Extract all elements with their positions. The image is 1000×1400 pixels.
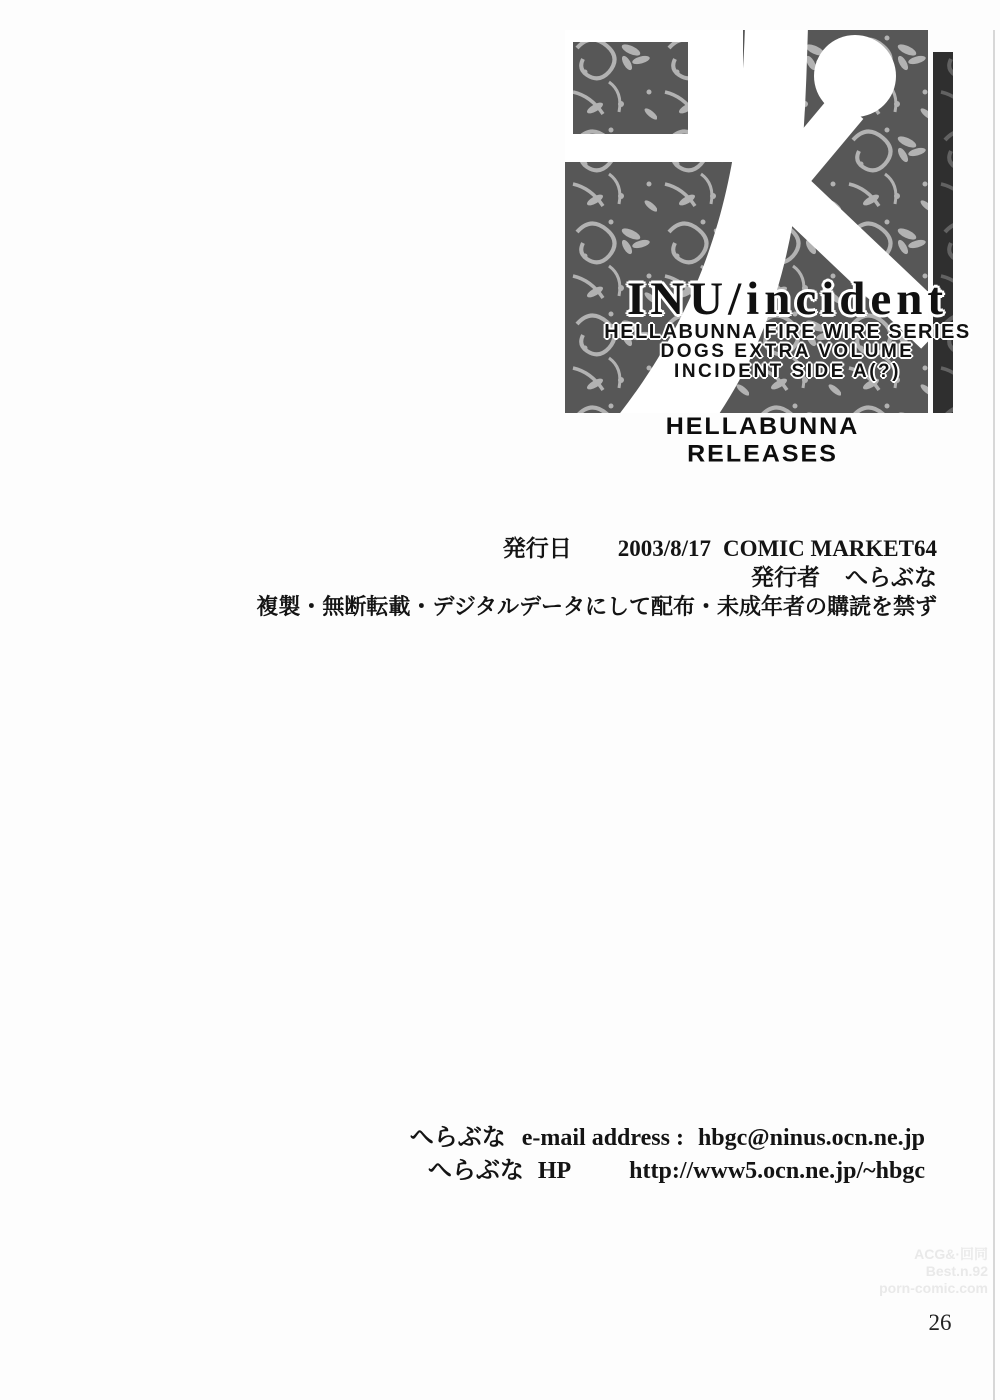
circle-name: へらぶな: [410, 1125, 506, 1151]
title-inu-incident: INU/incident: [595, 276, 980, 323]
scan-edge-line: [993, 30, 995, 1400]
watermark-line-1: ACG&·回同: [879, 1246, 988, 1263]
email-address: hbgc@ninus.ocn.ne.jp: [698, 1125, 925, 1151]
publisher-label: 発行者: [751, 565, 820, 590]
email-label: e-mail address :: [522, 1125, 684, 1151]
series-subtitle: HELLABUNNA FIRE WIRE SERIES DOGS EXTRA V…: [595, 322, 980, 382]
releases-caption: HELLABUNNA RELEASES: [585, 413, 940, 468]
series-line-3: INCIDENT SIDE A(?): [595, 362, 980, 382]
contact-block: へらぶなe-mail address :hbgc@ninus.ocn.ne.jp…: [0, 1122, 925, 1188]
date-label: 発行日: [503, 536, 572, 561]
watermark-line-2: Best.n.92: [879, 1263, 988, 1280]
scan-watermark: ACG&·回同 Best.n.92 porn-comic.com: [879, 1246, 988, 1297]
hp-label: HP: [538, 1158, 571, 1184]
cover-artwork: INU/incident HELLABUNNA FIRE WIRE SERIES…: [565, 30, 953, 415]
publisher-row: 発行者へらぶな: [0, 563, 937, 592]
event-name: COMIC MARKET64: [723, 536, 937, 561]
doujin-colophon-page: INU/incident HELLABUNNA FIRE WIRE SERIES…: [0, 0, 1000, 1400]
contact-email-row: へらぶなe-mail address :hbgc@ninus.ocn.ne.jp: [0, 1122, 925, 1155]
watermark-line-3: porn-comic.com: [879, 1280, 988, 1297]
copyright-notice: 複製・無断転載・デジタルデータにして配布・未成年者の購読を禁ず: [0, 592, 937, 621]
publisher-name: へらぶな: [845, 565, 937, 590]
contact-hp-row: へらぶなHPhttp://www5.ocn.ne.jp/~hbgc: [0, 1155, 925, 1188]
series-line-2: DOGS EXTRA VOLUME: [595, 342, 980, 362]
colophon-block: 発行日2003/8/17COMIC MARKET64 発行者へらぶな 複製・無断…: [0, 534, 937, 621]
page-number: 26: [918, 1310, 962, 1336]
homepage-url: http://www5.ocn.ne.jp/~hbgc: [629, 1158, 925, 1184]
circle-name: へらぶな: [428, 1158, 524, 1184]
series-line-1: HELLABUNNA FIRE WIRE SERIES: [595, 322, 980, 342]
date-value: 2003/8/17: [618, 536, 711, 561]
publication-date-row: 発行日2003/8/17COMIC MARKET64: [0, 534, 937, 563]
